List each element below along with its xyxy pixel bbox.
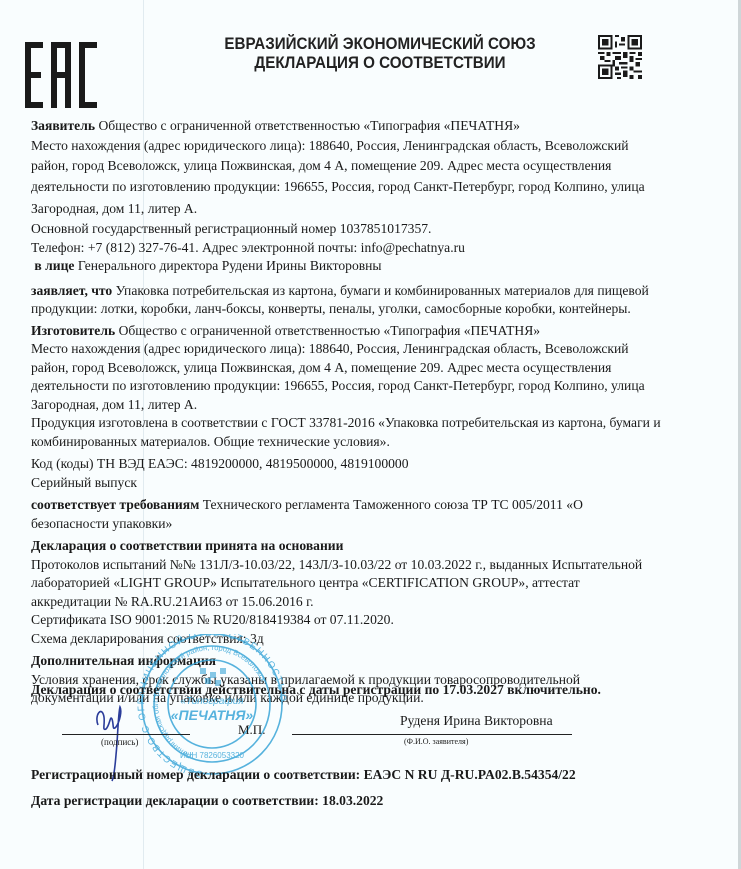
registration-date: Дата регистрации декларации о соответств… — [31, 793, 383, 809]
signer-name: Руденя Ирина Викторовна — [400, 713, 553, 729]
technical-regulation-line: безопасности упаковки» — [31, 515, 691, 534]
signature-line — [62, 734, 190, 735]
declaration-body: Заявитель Общество с ограниченной ответс… — [31, 117, 691, 708]
manufacturer-address-line: Место нахождения (адрес юридического лиц… — [31, 340, 691, 359]
release-type: Серийный выпуск — [31, 474, 691, 493]
manufacturer-name: Общество с ограниченной ответственностью… — [119, 323, 541, 338]
company-stamp-icon: ОБЩЕСТВО С ОГРАНИЧЕННОЙ ОТВЕТСТВЕННОСТЬЮ… — [128, 634, 296, 779]
declaration-title: ДЕКЛАРАЦИЯ О СООТВЕТСТВИИ — [205, 54, 555, 73]
stamp-place-label: М.П. — [238, 722, 265, 738]
basis-line: лабораторией «LIGHT GROUP» Испытательног… — [31, 574, 691, 593]
represented-by: Генерального директора Рудени Ирины Викт… — [78, 258, 382, 273]
validity-statement: Декларация о соответствии действительна … — [31, 682, 601, 698]
applicant-address-line: Место нахождения (адрес юридического лиц… — [31, 136, 691, 156]
basis-section: Декларация о соответствии принята на осн… — [31, 537, 691, 648]
standard-line: комбинированных материалов. Общие технич… — [31, 433, 691, 452]
declares-section: заявляет, что Упаковка потребительская и… — [31, 282, 691, 319]
signer-name-line — [292, 734, 572, 735]
document-header: ЕВРАЗИЙСКИЙ ЭКОНОМИЧЕСКИЙ СОЮЗ ДЕКЛАРАЦИ… — [205, 35, 555, 73]
product-description-line: продукции: лотки, коробки, ланч-боксы, к… — [31, 300, 691, 319]
applicant-section: Заявитель Общество с ограниченной ответс… — [31, 117, 691, 276]
manufacturer-address-line: Загородная, дом 11, литер А. — [31, 396, 691, 415]
compliance-label: соответствует требованиям — [31, 497, 199, 512]
applicant-name: Общество с ограниченной ответственностью… — [98, 118, 520, 133]
basis-line: Сертификата ISO 9001:2015 № RU20/8184193… — [31, 611, 691, 630]
declares-label: заявляет, что — [31, 283, 112, 298]
declaration-page: ЕВРАЗИЙСКИЙ ЭКОНОМИЧЕСКИЙ СОЮЗ ДЕКЛАРАЦИ… — [0, 0, 741, 869]
manufacturer-label: Изготовитель — [31, 323, 115, 338]
svg-text:«ПЕЧАТНЯ»: «ПЕЧАТНЯ» — [171, 707, 254, 723]
signer-name-label: (Ф.И.О. заявителя) — [404, 737, 468, 746]
technical-regulation: Технического регламента Таможенного союз… — [203, 497, 583, 512]
tn-ved-codes: Код (коды) ТН ВЭД ЕАЭС: 4819200000, 4819… — [31, 455, 691, 474]
eac-logo-icon — [25, 42, 97, 108]
union-title: ЕВРАЗИЙСКИЙ ЭКОНОМИЧЕСКИЙ СОЮЗ — [205, 35, 555, 54]
product-description: Упаковка потребительская из картона, бум… — [116, 283, 649, 298]
registration-number: Регистрационный номер декларации о соотв… — [31, 767, 576, 783]
represented-label: в лице — [34, 258, 74, 273]
applicant-address-line: район, город Всеволожск, улица Пожвинска… — [31, 155, 691, 176]
signature-label: (подпись) — [101, 737, 138, 747]
manufacturer-address-line: деятельности по изготовлению продукции: … — [31, 377, 691, 396]
applicant-ogrn: Основной государственный регистрационный… — [31, 220, 691, 239]
standard-line: Продукция изготовлена в соответствии с Г… — [31, 414, 691, 433]
applicant-address-line: деятельности по изготовлению продукции: … — [31, 176, 691, 198]
basis-heading: Декларация о соответствии принята на осн… — [31, 537, 691, 556]
applicant-address-line: Загородная, дом 11, литер А. — [31, 198, 691, 220]
basis-line: Протоколов испытаний №№ 131Л/З-10.03/22,… — [31, 556, 691, 575]
applicant-label: Заявитель — [31, 118, 95, 133]
basis-line: аккредитации № RA.RU.21АИ63 от 15.06.201… — [31, 593, 691, 612]
manufacturer-address-line: район, город Всеволожск, улица Пожвинска… — [31, 359, 691, 378]
compliance-section: соответствует требованиям Технического р… — [31, 496, 691, 533]
qr-code-icon — [598, 33, 642, 81]
svg-text:ИНН 7826053320: ИНН 7826053320 — [180, 751, 245, 760]
manufacturer-section: Изготовитель Общество с ограниченной отв… — [31, 322, 691, 493]
applicant-contacts: Телефон: +7 (812) 327-76-41. Адрес элект… — [31, 239, 691, 258]
